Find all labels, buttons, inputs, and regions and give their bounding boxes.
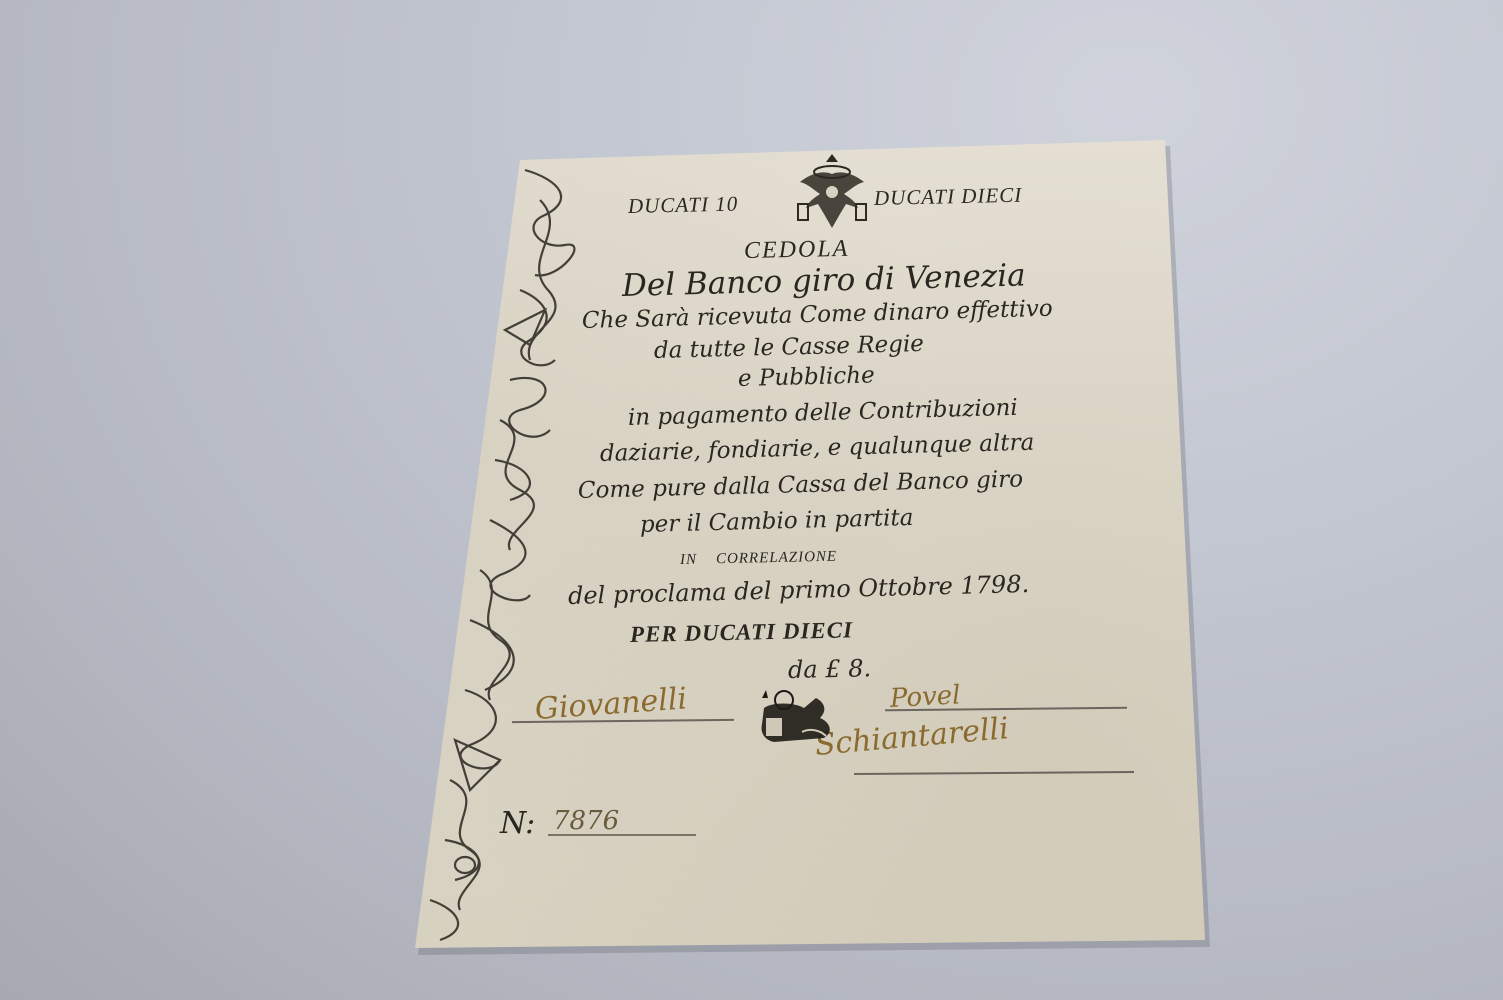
lion-of-saint-mark-seal-icon xyxy=(754,688,842,746)
header-left-denomination: DUCATI 10 xyxy=(628,192,739,219)
serial-rule xyxy=(548,834,696,836)
header-right-denomination: DUCATI DIECI xyxy=(874,183,1023,211)
document-title: CEDOLA xyxy=(744,236,850,265)
rate-line: da £ 8. xyxy=(788,654,872,684)
amount-line: PER DUCATI DIECI xyxy=(630,617,854,648)
serial-label: N: xyxy=(500,806,535,841)
calligraphic-border-ornament xyxy=(0,0,1503,1000)
double-headed-eagle-crest-icon xyxy=(792,152,872,232)
correlation-line: IN CORRELAZIONE xyxy=(680,549,837,569)
text-line-3: e Pubbliche xyxy=(738,362,875,392)
signature-2: Povel xyxy=(889,680,961,714)
serial-number: 7876 xyxy=(553,806,619,836)
